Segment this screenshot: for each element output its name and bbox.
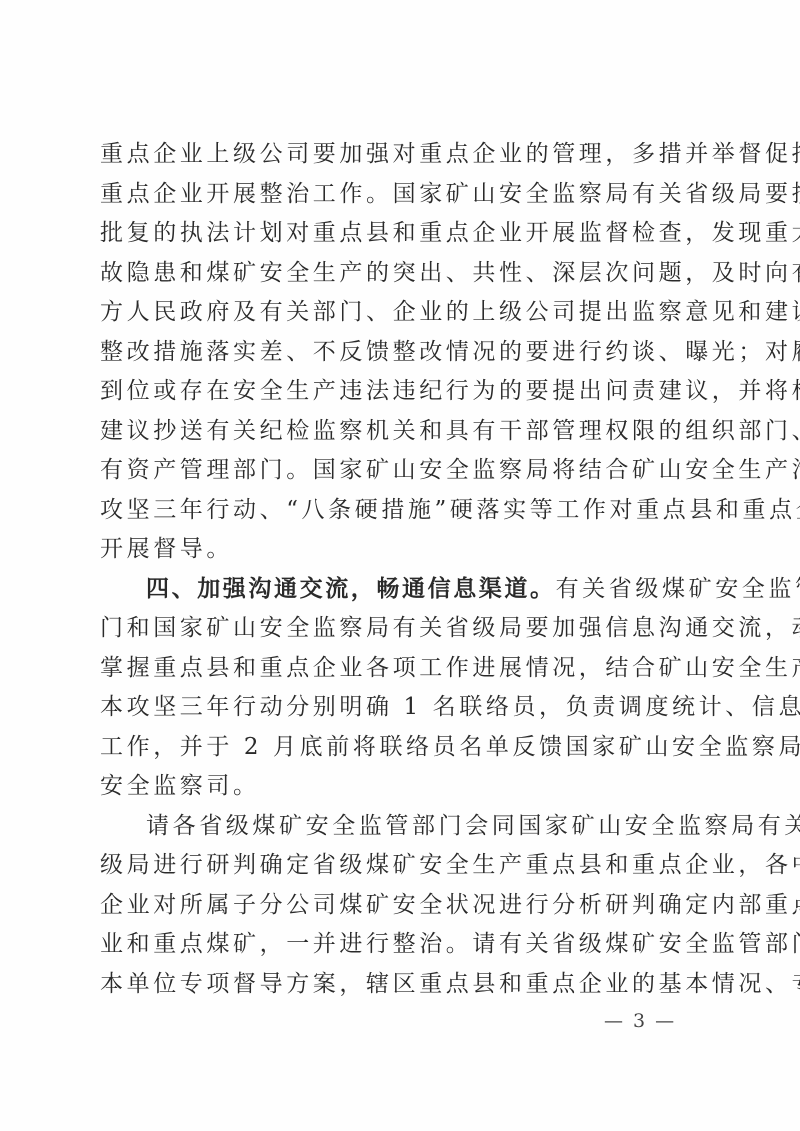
page-number: — 3 — — [604, 1010, 676, 1032]
paragraph-communication: 四、加强沟通交流，畅通信息渠道。有关省级煤矿安全监管部 门和国家矿山安全监察局有… — [100, 570, 700, 807]
section-heading: 四、加强沟通交流，畅通信息渠道。 — [146, 576, 556, 602]
document-page: 重点企业上级公司要加强对重点企业的管理，多措并举督促指导 重点企业开展整治工作。… — [0, 0, 800, 1131]
text-line: 攻坚三年行动、“八条硬措施”硬落实等工作对重点县和重点企业 — [100, 491, 694, 531]
text-line: 有资产管理部门。国家矿山安全监察局将结合矿山安全生产治本 — [100, 451, 694, 491]
text-line: 批复的执法计划对重点县和重点企业开展监督检查，发现重大事 — [100, 214, 694, 254]
text-line: 建议抄送有关纪检监察机关和具有干部管理权限的组织部门、国 — [100, 412, 694, 452]
text-line: 级局进行研判确定省级煤矿安全生产重点县和重点企业，各中央 — [100, 846, 694, 886]
text-line: 开展督导。 — [100, 530, 700, 570]
text-line: 方人民政府及有关部门、企业的上级公司提出监察意见和建议，对 — [100, 293, 694, 333]
text-line: 本攻坚三年行动分别明确 1 名联络员，负责调度统计、信息报送等 — [100, 688, 694, 728]
text-line: 企业对所属子分公司煤矿安全状况进行分析研判确定内部重点企 — [100, 886, 694, 926]
text-line: 业和重点煤矿，一并进行整治。请有关省级煤矿安全监管部门将 — [100, 925, 694, 965]
text-line: 本单位专项督导方案，辖区重点县和重点企业的基本情况、专项整 — [100, 965, 694, 1005]
paragraph-request: 请各省级煤矿安全监管部门会同国家矿山安全监察局有关省 级局进行研判确定省级煤矿安… — [100, 807, 700, 1005]
text-line: 重点企业上级公司要加强对重点企业的管理，多措并举督促指导 — [100, 135, 694, 175]
paragraph-supervision: 重点企业上级公司要加强对重点企业的管理，多措并举督促指导 重点企业开展整治工作。… — [100, 135, 700, 570]
text-line: 重点企业开展整治工作。国家矿山安全监察局有关省级局要按照 — [100, 175, 694, 215]
text-line-with-heading: 四、加强沟通交流，畅通信息渠道。有关省级煤矿安全监管部 — [100, 570, 694, 610]
text-line: 安全监察司。 — [100, 767, 700, 807]
text-line: 掌握重点县和重点企业各项工作进展情况，结合矿山安全生产治 — [100, 649, 694, 689]
text-line: 整改措施落实差、不反馈整改情况的要进行约谈、曝光；对履职不 — [100, 333, 694, 373]
document-body: 重点企业上级公司要加强对重点企业的管理，多措并举督促指导 重点企业开展整治工作。… — [100, 135, 700, 1004]
text-line: 工作，并于 2 月底前将联络员名单反馈国家矿山安全监察局煤矿 — [100, 728, 694, 768]
text-line: 门和国家矿山安全监察局有关省级局要加强信息沟通交流，动态 — [100, 609, 694, 649]
text-line: 故隐患和煤矿安全生产的突出、共性、深层次问题，及时向有关地 — [100, 254, 694, 294]
text-line: 到位或存在安全生产违法违纪行为的要提出问责建议，并将相关 — [100, 372, 694, 412]
text-line: 请各省级煤矿安全监管部门会同国家矿山安全监察局有关省 — [100, 807, 694, 847]
heading-line-rest: 有关省级煤矿安全监管部 — [556, 576, 800, 602]
